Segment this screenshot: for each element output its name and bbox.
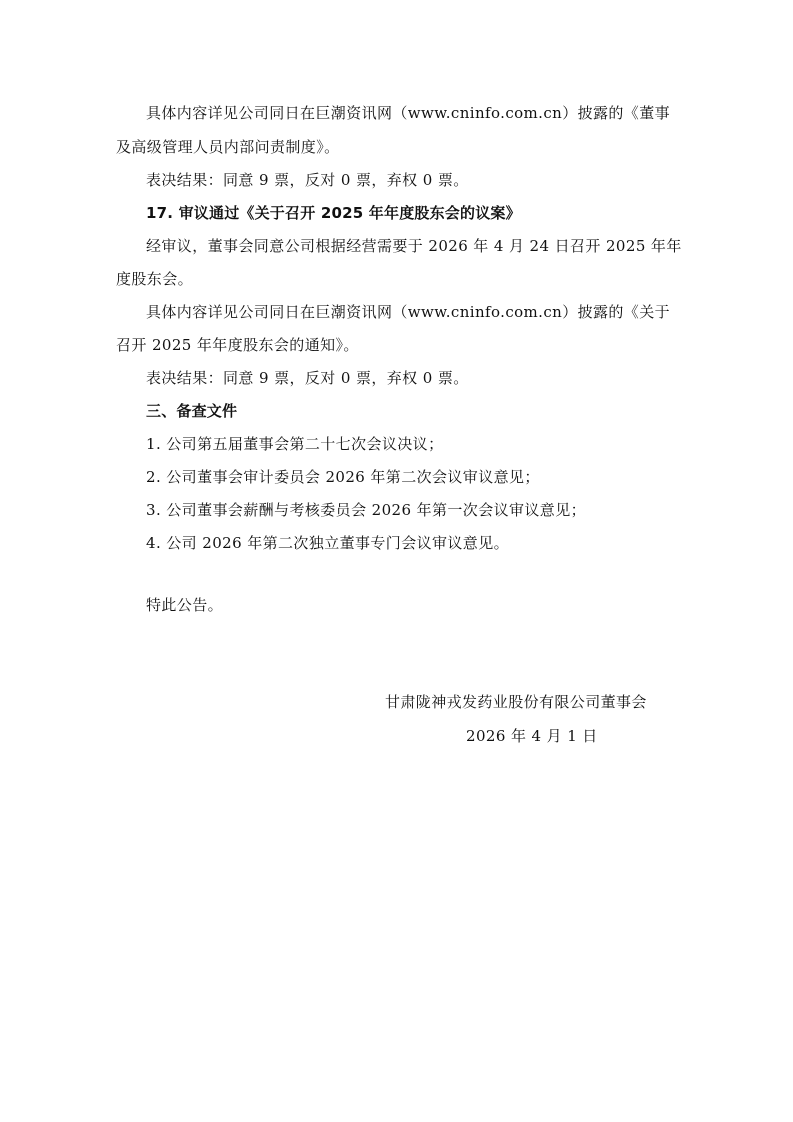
reference-file-item: 1. 公司第五届董事会第二十七次会议决议；	[146, 434, 443, 454]
section-17-vote-result: 表决结果：同意 9 票，反对 0 票，弃权 0 票。	[146, 368, 469, 388]
section-17-heading: 17. 审议通过《关于召开 2025 年年度股东会的议案》	[146, 203, 521, 223]
closing-statement: 特此公告。	[146, 595, 223, 615]
section-16-detail-line-2: 及高级管理人员内部问责制度》。	[116, 137, 340, 157]
signature-date: 2026 年 4 月 1 日	[466, 726, 598, 746]
section-17-review-line-1: 经审议，董事会同意公司根据经营需要于 2026 年 4 月 24 日召开 202…	[146, 236, 682, 256]
reference-file-item: 3. 公司董事会薪酬与考核委员会 2026 年第一次会议审议意见；	[146, 500, 586, 520]
section-3-heading: 三、备查文件	[146, 401, 237, 421]
section-17-detail-line-1: 具体内容详见公司同日在巨潮资讯网（www.cninfo.com.cn）披露的《关…	[146, 302, 670, 322]
reference-file-item: 4. 公司 2026 年第二次独立董事专门会议审议意见。	[146, 533, 509, 553]
section-17-review-line-2: 度股东会。	[116, 269, 193, 289]
reference-file-item: 2. 公司董事会审计委员会 2026 年第二次会议审议意见；	[146, 467, 540, 487]
signature-company: 甘肃陇神戎发药业股份有限公司董事会	[385, 692, 647, 712]
section-16-vote-result: 表决结果：同意 9 票，反对 0 票，弃权 0 票。	[146, 170, 469, 190]
section-17-detail-line-2: 召开 2025 年年度股东会的通知》。	[116, 335, 359, 355]
document-page: 具体内容详见公司同日在巨潮资讯网（www.cninfo.com.cn）披露的《董…	[0, 0, 793, 1122]
section-16-detail-line-1: 具体内容详见公司同日在巨潮资讯网（www.cninfo.com.cn）披露的《董…	[146, 103, 670, 123]
